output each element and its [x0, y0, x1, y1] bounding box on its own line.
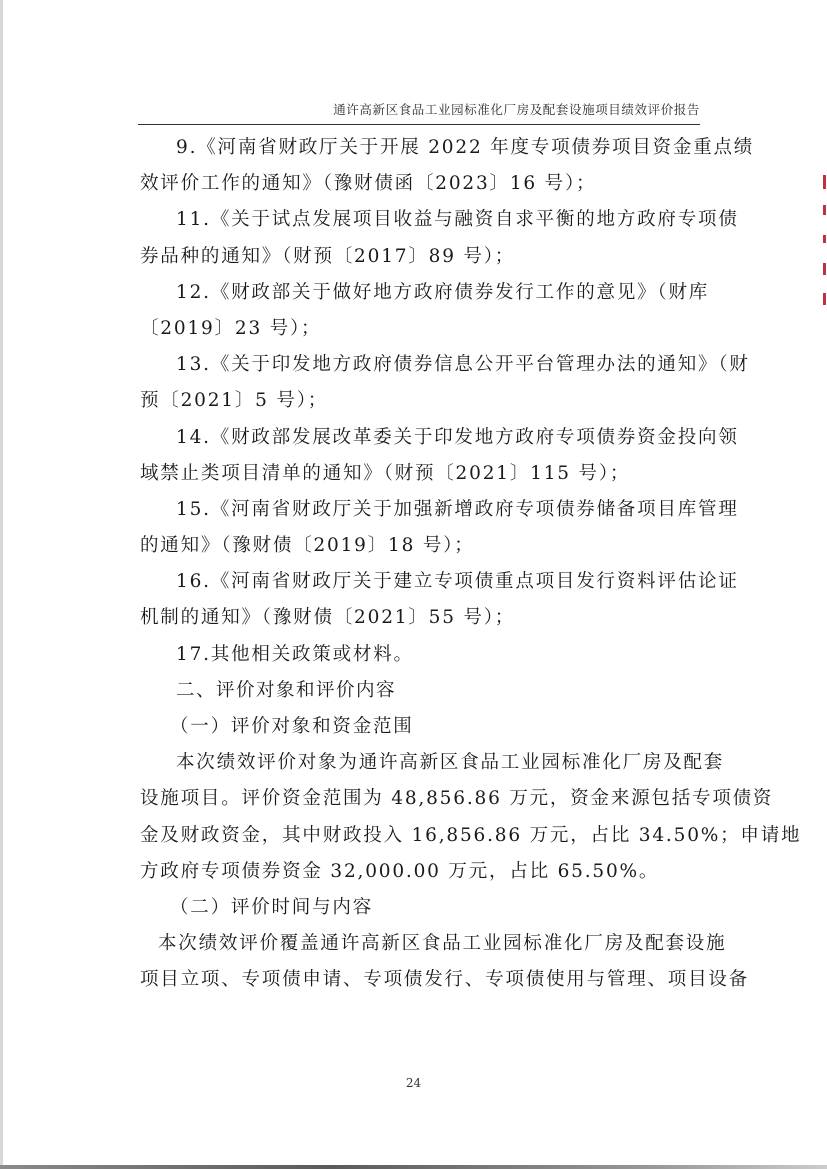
subsection-heading-1: （一）评价对象和资金范围	[140, 709, 696, 745]
page-number: 24	[0, 1076, 827, 1090]
reference-item-11: 11.《关于试点发展项目收益与融资自求平衡的地方政府专项债	[140, 202, 696, 238]
reference-item-11-cont: 券品种的通知》（财预〔2017〕89 号）；	[140, 239, 696, 275]
scan-bottom-edge	[0, 1165, 827, 1169]
reference-item-13: 13.《关于印发地方政府债券信息公开平台管理办法的通知》（财	[140, 347, 696, 383]
reference-item-12-cont: 〔2019〕23 号）；	[140, 311, 696, 347]
reference-item-15-cont: 的通知》（豫财债〔2019〕18 号）；	[140, 528, 696, 564]
reference-item-17: 17.其他相关政策或材料。	[140, 637, 696, 673]
reference-item-14: 14.《财政部发展改革委关于印发地方政府专项债券资金投向领	[140, 420, 696, 456]
reference-item-16: 16.《河南省财政厅关于建立专项债重点项目发行资料评估论证	[140, 564, 696, 600]
paragraph-1-line-2: 设施项目。评价资金范围为 48,856.86 万元，资金来源包括专项债资	[140, 781, 696, 817]
scan-edge-marks	[823, 175, 826, 305]
paragraph-1-line-3: 金及财政资金，其中财政投入 16,856.86 万元，占比 34.50%；申请地	[140, 818, 696, 854]
header-rule	[138, 124, 700, 125]
reference-item-9-cont: 效评价工作的通知》（豫财债函〔2023〕16 号）；	[140, 166, 696, 202]
reference-item-9: 9.《河南省财政厅关于开展 2022 年度专项债券项目资金重点绩	[140, 130, 696, 166]
reference-item-12: 12.《财政部关于做好地方政府债券发行工作的意见》（财库	[140, 275, 696, 311]
reference-item-14-cont: 域禁止类项目清单的通知》（财预〔2021〕115 号）；	[140, 456, 696, 492]
paragraph-2-line-2: 项目立项、专项债申请、专项债发行、专项债使用与管理、项目设备	[140, 962, 696, 998]
paragraph-1-line-1: 本次绩效评价对象为通许高新区食品工业园标准化厂房及配套	[140, 745, 696, 781]
section-heading-2: 二、评价对象和评价内容	[140, 673, 696, 709]
document-body: 9.《河南省财政厅关于开展 2022 年度专项债券项目资金重点绩 效评价工作的通…	[140, 130, 696, 999]
paragraph-2-line-1: 本次绩效评价覆盖通许高新区食品工业园标准化厂房及配套设施	[140, 926, 696, 962]
document-page: 通许高新区食品工业园标准化厂房及配套设施项目绩效评价报告 9.《河南省财政厅关于…	[0, 0, 827, 1169]
reference-item-15: 15.《河南省财政厅关于加强新增政府专项债券储备项目库管理	[140, 492, 696, 528]
reference-item-16-cont: 机制的通知》（豫财债〔2021〕55 号）；	[140, 600, 696, 636]
scan-left-edge	[0, 0, 3, 1169]
reference-item-13-cont: 预〔2021〕5 号）；	[140, 383, 696, 419]
subsection-heading-2: （二）评价时间与内容	[140, 890, 696, 926]
paragraph-1-line-4: 方政府专项债券资金 32,000.00 万元，占比 65.50%。	[140, 854, 696, 890]
report-title: 通许高新区食品工业园标准化厂房及配套设施项目绩效评价报告	[333, 100, 700, 118]
running-header: 通许高新区食品工业园标准化厂房及配套设施项目绩效评价报告	[138, 96, 700, 126]
